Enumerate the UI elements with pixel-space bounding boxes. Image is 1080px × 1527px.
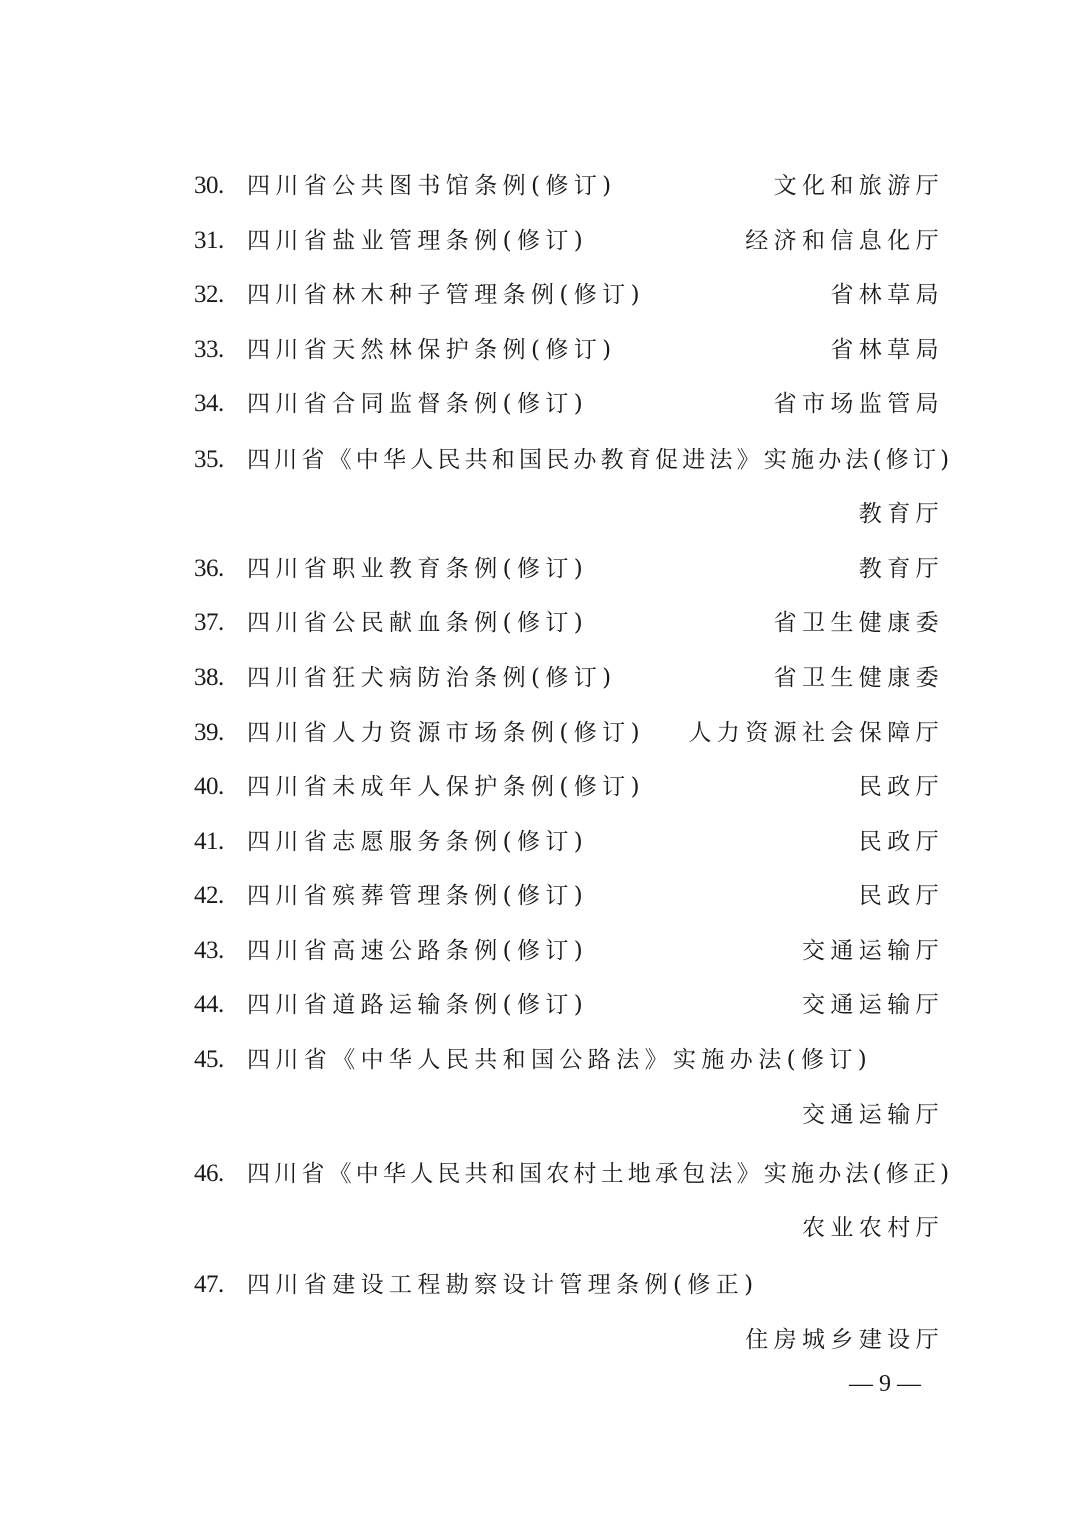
item-title: 四川省《中华人民共和国农村土地承包法》实施办法(修正) — [247, 1154, 953, 1194]
item-number: 43. — [194, 931, 224, 971]
list-item: 35. 四川省《中华人民共和国民办教育促进法》实施办法(修订) — [0, 440, 1080, 480]
list-item: 33. 四川省天然林保护条例(修订) 省林草局 — [0, 330, 1080, 370]
list-item: 36. 四川省职业教育条例(修订) 教育厅 — [0, 549, 1080, 589]
item-department: 省林草局 — [830, 330, 944, 370]
item-department: 农业农村厅 — [802, 1208, 944, 1248]
list-item: 38. 四川省狂犬病防治条例(修订) 省卫生健康委 — [0, 658, 1080, 698]
item-title: 四川省狂犬病防治条例(修订) — [247, 658, 617, 698]
list-item: 47. 四川省建设工程勘察设计管理条例(修正) — [0, 1265, 1080, 1305]
list-item: 42. 四川省殡葬管理条例(修订) 民政厅 — [0, 876, 1080, 916]
list-item-department-line: 教育厅 — [0, 494, 1080, 534]
list-item: 39. 四川省人力资源市场条例(修订) 人力资源社会保障厅 — [0, 713, 1080, 753]
item-number: 34. — [194, 384, 224, 424]
item-number: 44. — [194, 985, 224, 1025]
item-number: 40. — [194, 767, 224, 807]
item-title: 四川省高速公路条例(修订) — [247, 931, 588, 971]
list-item-department-line: 交通运输厅 — [0, 1095, 1080, 1135]
item-title: 四川省公共图书馆条例(修订) — [247, 166, 617, 206]
item-title: 四川省盐业管理条例(修订) — [247, 221, 588, 261]
item-number: 35. — [194, 440, 224, 480]
item-title: 四川省合同监督条例(修订) — [247, 384, 588, 424]
list-item: 30. 四川省公共图书馆条例(修订) 文化和旅游厅 — [0, 166, 1080, 206]
item-department: 省林草局 — [830, 275, 944, 315]
item-title: 四川省建设工程勘察设计管理条例(修正) — [247, 1265, 759, 1305]
item-number: 31. — [194, 221, 224, 261]
item-number: 42. — [194, 876, 224, 916]
item-department: 交通运输厅 — [802, 985, 944, 1025]
item-department: 经济和信息化厅 — [745, 221, 944, 261]
item-number: 36. — [194, 549, 224, 589]
item-department: 民政厅 — [859, 876, 944, 916]
item-title: 四川省职业教育条例(修订) — [247, 549, 588, 589]
item-department: 省卫生健康委 — [774, 658, 944, 698]
list-item: 34. 四川省合同监督条例(修订) 省市场监管局 — [0, 384, 1080, 424]
list-item: 32. 四川省林木种子管理条例(修订) 省林草局 — [0, 275, 1080, 315]
item-title: 四川省《中华人民共和国公路法》实施办法(修订) — [247, 1040, 872, 1080]
item-title: 四川省未成年人保护条例(修订) — [247, 767, 645, 807]
list-item: 45. 四川省《中华人民共和国公路法》实施办法(修订) — [0, 1040, 1080, 1080]
item-department: 省卫生健康委 — [774, 603, 944, 643]
item-number: 32. — [194, 275, 224, 315]
list-item-department-line: 农业农村厅 — [0, 1208, 1080, 1248]
item-department: 交通运输厅 — [802, 1095, 944, 1135]
item-title: 四川省道路运输条例(修订) — [247, 985, 588, 1025]
item-title: 四川省殡葬管理条例(修订) — [247, 876, 588, 916]
item-number: 37. — [194, 603, 224, 643]
list-item: 31. 四川省盐业管理条例(修订) 经济和信息化厅 — [0, 221, 1080, 261]
list-item: 41. 四川省志愿服务条例(修订) 民政厅 — [0, 822, 1080, 862]
list-item: 44. 四川省道路运输条例(修订) 交通运输厅 — [0, 985, 1080, 1025]
item-title: 四川省公民献血条例(修订) — [247, 603, 588, 643]
item-department: 教育厅 — [859, 494, 944, 534]
item-number: 33. — [194, 330, 224, 370]
list-item: 46. 四川省《中华人民共和国农村土地承包法》实施办法(修正) — [0, 1154, 1080, 1194]
item-number: 38. — [194, 658, 224, 698]
item-title: 四川省志愿服务条例(修订) — [247, 822, 588, 862]
item-number: 39. — [194, 713, 224, 753]
item-department: 教育厅 — [859, 549, 944, 589]
item-number: 47. — [194, 1265, 224, 1305]
item-title: 四川省天然林保护条例(修订) — [247, 330, 617, 370]
item-title: 四川省《中华人民共和国民办教育促进法》实施办法(修订) — [247, 440, 953, 480]
document-page: 30. 四川省公共图书馆条例(修订) 文化和旅游厅 31. 四川省盐业管理条例(… — [0, 0, 1080, 1527]
item-department: 民政厅 — [859, 767, 944, 807]
item-department: 文化和旅游厅 — [774, 166, 944, 206]
list-item-department-line: 住房城乡建设厅 — [0, 1320, 1080, 1360]
list-item: 43. 四川省高速公路条例(修订) 交通运输厅 — [0, 931, 1080, 971]
item-title: 四川省人力资源市场条例(修订) — [247, 713, 645, 753]
list-item: 40. 四川省未成年人保护条例(修订) 民政厅 — [0, 767, 1080, 807]
item-department: 住房城乡建设厅 — [745, 1320, 944, 1360]
page-number: — 9 — — [840, 1364, 930, 1404]
item-department: 人力资源社会保障厅 — [688, 713, 944, 753]
item-number: 45. — [194, 1040, 224, 1080]
item-number: 41. — [194, 822, 224, 862]
item-department: 省市场监管局 — [774, 384, 944, 424]
item-number: 30. — [194, 166, 224, 206]
list-item: 37. 四川省公民献血条例(修订) 省卫生健康委 — [0, 603, 1080, 643]
item-title: 四川省林木种子管理条例(修订) — [247, 275, 645, 315]
item-number: 46. — [194, 1154, 224, 1194]
item-department: 交通运输厅 — [802, 931, 944, 971]
item-department: 民政厅 — [859, 822, 944, 862]
